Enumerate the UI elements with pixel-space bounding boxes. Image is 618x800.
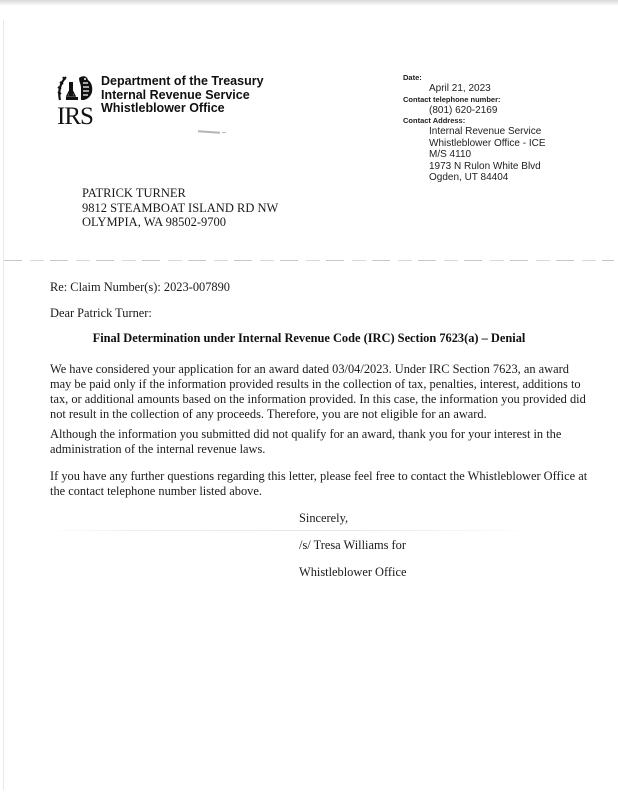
- scan-edge-left: [3, 20, 4, 790]
- signature-office: Whistleblower Office: [299, 565, 406, 580]
- scan-artifact: [198, 130, 220, 134]
- recipient-city: OLYMPIA, WA 98502-9700: [82, 215, 278, 230]
- phone-value: (801) 620-2169: [403, 105, 546, 117]
- recipient-name: PATRICK TURNER: [82, 186, 278, 201]
- date-value: April 21, 2023: [403, 83, 546, 95]
- claim-reference: Re: Claim Number(s): 2023-007890: [50, 280, 590, 295]
- agency-name: Department of the Treasury Internal Reve…: [101, 75, 264, 116]
- body-paragraph: If you have any further questions regard…: [50, 469, 590, 499]
- scan-artifact-line: [40, 530, 540, 531]
- agency-line-office: Whistleblower Office: [101, 102, 264, 116]
- date-label: Date:: [403, 73, 546, 83]
- address-line: Internal Revenue Service: [403, 126, 546, 138]
- address-label: Contact Address:: [403, 116, 546, 126]
- body-paragraph: Although the information you submitted d…: [50, 427, 590, 457]
- irs-logo-text: IRS: [57, 104, 93, 129]
- body-paragraph: We have considered your application for …: [50, 362, 590, 422]
- recipient-street: 9812 STEAMBOAT ISLAND RD NW: [82, 201, 278, 216]
- agency-line-department: Department of the Treasury: [101, 75, 264, 89]
- fold-line: [4, 260, 614, 261]
- contact-info-block: Date: April 21, 2023 Contact telephone n…: [403, 73, 546, 184]
- address-line: 1973 N Rulon White Blvd: [403, 161, 546, 173]
- recipient-address: PATRICK TURNER 9812 STEAMBOAT ISLAND RD …: [82, 186, 278, 230]
- agency-line-irs: Internal Revenue Service: [101, 89, 264, 103]
- scan-edge-top: [0, 0, 618, 6]
- closing: Sincerely,: [299, 511, 348, 526]
- letter-subject: Final Determination under Internal Reven…: [0, 331, 618, 346]
- scan-artifact: [222, 132, 226, 133]
- address-line: M/S 4110: [403, 149, 546, 161]
- address-line: Whistleblower Office - ICE: [403, 138, 546, 150]
- phone-label: Contact telephone number:: [403, 95, 546, 105]
- signature: /s/ Tresa Williams for: [299, 538, 406, 553]
- salutation: Dear Patrick Turner:: [50, 306, 590, 321]
- address-line: Ogden, UT 84404: [403, 172, 546, 184]
